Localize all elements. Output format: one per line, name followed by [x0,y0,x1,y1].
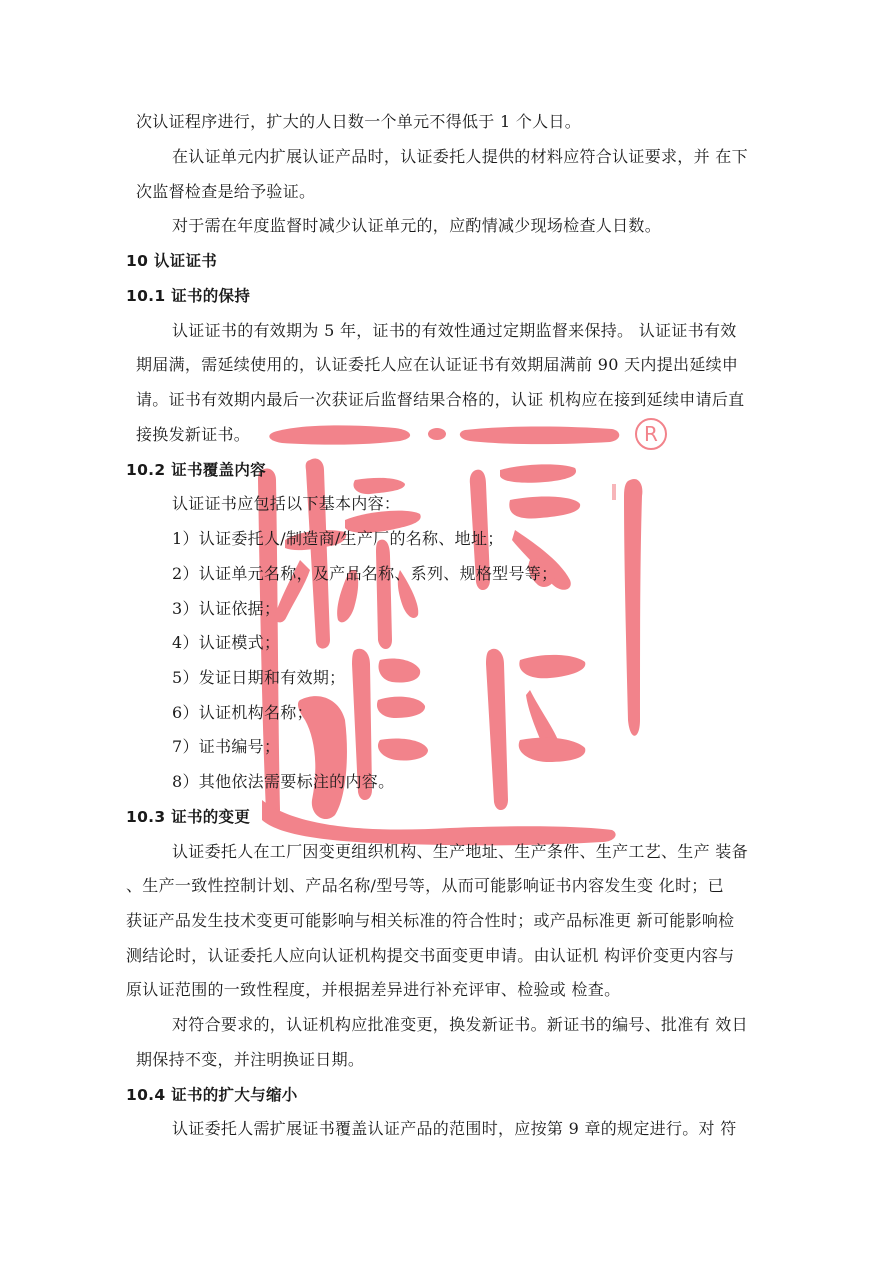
section-heading-10-1: 10.1 证书的保持 [126,286,250,306]
paragraph-line: 请。证书有效期内最后一次获证后监督结果合格的，认证 机构应在接到延续申请后直 [136,390,745,410]
document-page: R 次认证程序进行，扩大的人日数一个单元不得低于 1 个人日。 在认证单元内扩展… [0,0,893,1263]
list-item: 2）认证单元名称，及产品名称、系列、规格型号等； [172,564,557,584]
list-item: 7）证书编号； [172,737,280,757]
section-heading-10-2: 10.2 证书覆盖内容 [126,460,266,480]
section-heading-10-3: 10.3 证书的变更 [126,807,250,827]
paragraph-line: 期届满，需延续使用的，认证委托人应在认证证书有效期届满前 90 天内提出延续申 [136,355,738,375]
list-item: 8）其他依法需要标注的内容。 [172,772,394,792]
paragraph-line: 认证委托人需扩展证书覆盖认证产品的范围时，应按第 9 章的规定进行。对 符 [172,1119,737,1139]
section-heading-10: 10 认证证书 [126,251,217,271]
paragraph-line: 期保持不变，并注明换证日期。 [136,1050,364,1070]
list-item: 1）认证委托人/制造商/生产厂的名称、地址； [172,529,504,549]
paragraph-line: 接换发新证书。 [136,425,250,445]
paragraph-line: 测结论时，认证委托人应向认证机构提交书面变更申请。由认证机 构评价变更内容与 [126,946,735,966]
paragraph-line: 在认证单元内扩展认证产品时，认证委托人提供的材料应符合认证要求，并 在下 [172,147,748,167]
list-item: 4）认证模式； [172,633,280,653]
document-body: 次认证程序进行，扩大的人日数一个单元不得低于 1 个人日。 在认证单元内扩展认证… [0,0,893,1263]
paragraph-line: 对于需在年度监督时减少认证单元的，应酌情减少现场检查人日数。 [172,216,661,236]
paragraph-line: 认证证书应包括以下基本内容： [172,494,400,514]
paragraph-line: 次认证程序进行，扩大的人日数一个单元不得低于 1 个人日。 [136,112,581,132]
list-item: 6）认证机构名称； [172,703,313,723]
paragraph-line: 认证证书的有效期为 5 年，证书的有效性通过定期监督来保持。 认证证书有效 [172,321,737,341]
paragraph-line: 对符合要求的，认证机构应批准变更，换发新证书。新证书的编号、批准有 效日 [172,1015,748,1035]
list-item: 3）认证依据； [172,599,280,619]
paragraph-line: 次监督检查是给予验证。 [136,182,315,202]
paragraph-line: 原认证范围的一致性程度，并根据差异进行补充评审、检验或 检查。 [126,980,620,1000]
paragraph-line: 、生产一致性控制计划、产品名称/型号等，从而可能影响证书内容发生变 化时；已 [126,876,724,896]
list-item: 5）发证日期和有效期； [172,668,345,688]
paragraph-line: 认证委托人在工厂因变更组织机构、生产地址、生产条件、生产工艺、生产 装备 [172,842,748,862]
section-heading-10-4: 10.4 证书的扩大与缩小 [126,1085,298,1105]
paragraph-line: 获证产品发生技术变更可能影响与相关标准的符合性时；或产品标准更 新可能影响检 [126,911,735,931]
